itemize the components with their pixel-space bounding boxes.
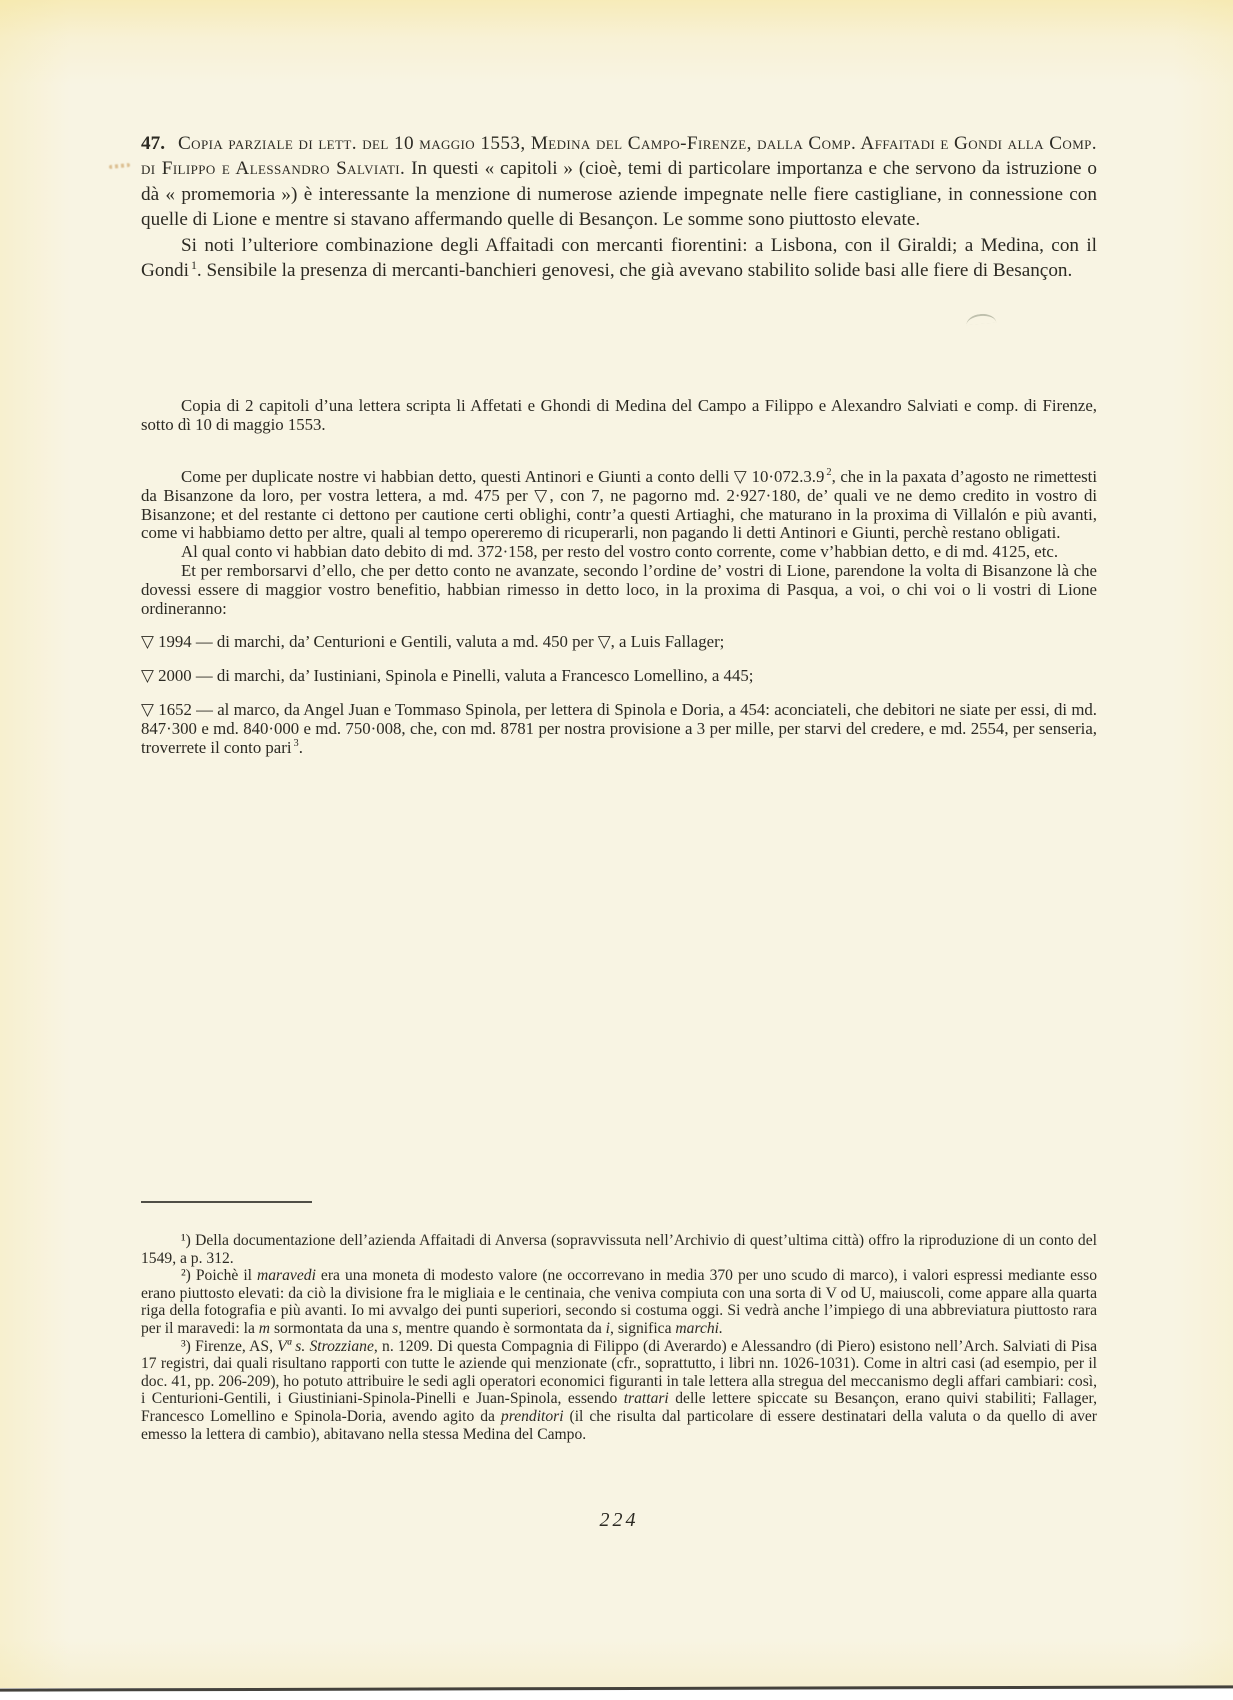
footnote-3-italic: Vª s. Strozziane bbox=[277, 1338, 374, 1355]
footnote-ref-3: 3 bbox=[292, 738, 299, 749]
footnote-2-seg: ²) Poichè il bbox=[181, 1267, 257, 1284]
footnote-separator-rule bbox=[141, 1201, 312, 1203]
letter-paragraph-3: Et per remborsarvi d’ello, che per detto… bbox=[141, 562, 1097, 618]
page-number: 224 bbox=[141, 1509, 1097, 1532]
pencil-tilde-mark bbox=[966, 313, 997, 326]
remittance-item-3: ▽ 1652 — al marco, da Angel Juan e Tomma… bbox=[141, 701, 1097, 757]
letter-paragraph-2: Al qual conto vi habbian dato debito di … bbox=[141, 543, 1097, 562]
entry-intro: 47.Copia parziale di lett. del 10 maggio… bbox=[141, 131, 1097, 283]
footnote-2: ²) Poichè il maravedi era una moneta di … bbox=[141, 1267, 1097, 1337]
footnote-3-seg: ³) Firenze, AS, bbox=[181, 1338, 277, 1355]
footnotes: ¹) Della documentazione dell’azienda Aff… bbox=[141, 1232, 1097, 1443]
footnote-1: ¹) Della documentazione dell’azienda Aff… bbox=[141, 1232, 1097, 1267]
remittance-item-1: ▽ 1994 — di marchi, da’ Centurioni e Gen… bbox=[141, 633, 1097, 652]
scanned-book-page: { "page": { "number": "224", "paper_colo… bbox=[0, 0, 1233, 1700]
footnote-3-italic: trattari bbox=[624, 1390, 669, 1407]
archival-summary: Copia di 2 capitoli d’una lettera script… bbox=[141, 397, 1097, 435]
remittance-item-2: ▽ 2000 — di marchi, da’ Iustiniani, Spin… bbox=[141, 667, 1097, 686]
book-page: 47.Copia parziale di lett. del 10 maggio… bbox=[0, 0, 1233, 1688]
footnote-3-italic: prenditori bbox=[501, 1408, 564, 1425]
footnote-2-seg: , mentre quando è sormontata da bbox=[398, 1320, 605, 1337]
footnote-2-italic: m bbox=[259, 1320, 270, 1337]
entry-number: 47. bbox=[141, 133, 178, 154]
footnote-ref-2: 2 bbox=[824, 467, 831, 478]
entry-note-paragraph: Si noti l’ulteriore combinazione degli A… bbox=[141, 233, 1097, 284]
margin-smudge-mark bbox=[109, 163, 130, 169]
remittance-item-3-text-b: . bbox=[299, 738, 303, 757]
footnote-ref-1: 1 bbox=[189, 258, 197, 272]
footnote-2-seg: sormontata da una bbox=[270, 1320, 392, 1337]
remittance-list: ▽ 1994 — di marchi, da’ Centurioni e Gen… bbox=[141, 633, 1097, 757]
footnote-2-seg: , significa bbox=[610, 1320, 675, 1337]
entry-heading-paragraph: 47.Copia parziale di lett. del 10 maggio… bbox=[141, 131, 1097, 233]
entry-note-text-b: . Sensibile la presenza di mercanti-banc… bbox=[197, 260, 1072, 281]
letter-paragraph-1: Come per duplicate nostre vi habbian det… bbox=[141, 468, 1097, 543]
letter-p1-text-a: Come per duplicate nostre vi habbian det… bbox=[181, 467, 824, 486]
footnote-2-italic: marchi. bbox=[675, 1320, 723, 1337]
letter-transcription: Come per duplicate nostre vi habbian det… bbox=[141, 468, 1097, 757]
remittance-item-3-text-a: ▽ 1652 — al marco, da Angel Juan e Tomma… bbox=[141, 700, 1097, 757]
footnote-3: ³) Firenze, AS, Vª s. Strozziane, n. 120… bbox=[141, 1338, 1097, 1444]
footnote-2-italic: maravedi bbox=[257, 1267, 316, 1284]
